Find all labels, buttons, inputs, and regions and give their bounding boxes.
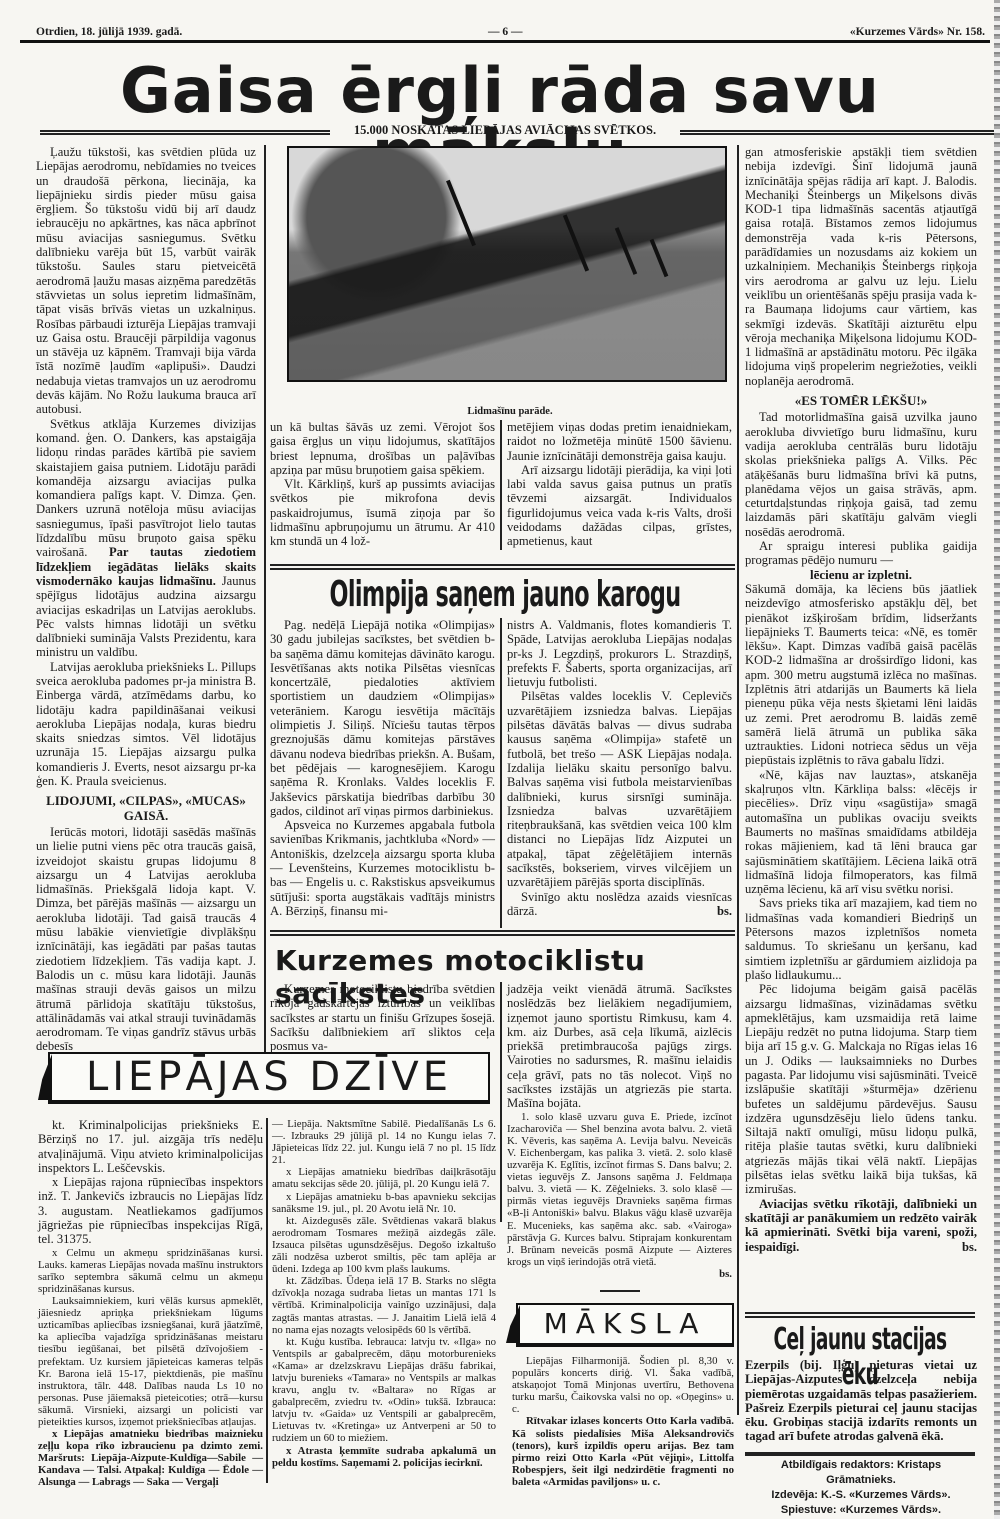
propeller-shape (615, 227, 637, 275)
section-title: LIDOJUMI, «CILPAS», «MUCAS» GAISĀ. (36, 794, 256, 823)
subhead-rule-left (40, 130, 330, 135)
propeller-shape (446, 180, 476, 246)
column-divider (500, 982, 502, 1222)
article-paragraph: Pag. nedēļā Liepājā notika «Olimpijas» 3… (270, 618, 495, 818)
banner-flag-icon (506, 1305, 520, 1343)
lead-paragraph: Ļaužu tūkstoši, kas svētdien plūda uz Li… (36, 145, 256, 417)
paper-issue: «Kurzemes Vārds» Nr. 158. (850, 26, 985, 38)
station-column: Ezerpils (bij. Iļģu) pieturas vietai uz … (745, 1358, 977, 1444)
signature: bs. (703, 904, 732, 918)
banner-title: MĀKSLA (544, 1307, 707, 1340)
propeller-shape (650, 239, 669, 278)
column-divider (500, 420, 502, 550)
signature: bs. (948, 1240, 977, 1254)
column-divider (500, 618, 502, 928)
moto-column-a: Kurzemes motociklistu biedrība svētdien … (270, 982, 495, 1053)
results-paragraph: 1. solo klasē uzvaru guva E. Priede, izc… (507, 1111, 732, 1268)
editor-credit: Atbildīgais redaktors: Kristaps Grāmatni… (745, 1458, 977, 1488)
article-paragraph: Kurzemes motociklistu biedrība svētdien … (270, 982, 495, 1053)
scan-edge (994, 0, 1000, 1519)
section-subtitle: lēcienu ar izpletni. (745, 568, 977, 582)
olimpija-column-a: Pag. nedēļā Liepājā notika «Olimpijas» 3… (270, 618, 495, 918)
olimpija-headline: Olimpija saņem jauno karogu (316, 574, 694, 615)
article-paragraph: Svinīgo aktu noslēdza azaids viesnīcas d… (507, 890, 732, 919)
article-paragraph: jadzēja veikt vienādā ātrumā. Sacīkstes … (507, 982, 732, 1111)
news-item: kt. Kriminalpolicijas priekšnieks E. Bēr… (38, 1118, 263, 1175)
city-news-column-left: kt. Kriminalpolicijas priekšnieks E. Bēr… (38, 1118, 263, 1489)
imprint: Atbildīgais redaktors: Kristaps Grāmatni… (745, 1458, 977, 1518)
news-item: kt. Zādzības. Ūdeņa ielā 17 B. Starks no… (272, 1275, 496, 1335)
city-news-column-right: — Liepāja. Naktsmītne Sabilē. Piedalīšan… (272, 1118, 496, 1469)
article-text: Svinīgo aktu noslēdza azaids viesnīcas d… (507, 890, 732, 918)
closing-text: Aviacijas svētku rīkotāji, dalībnieki un… (745, 1197, 977, 1254)
lead-column-3: gan atmosferiskie apstākļi tiem svētdien… (745, 145, 977, 1254)
lead-paragraph: metējiem viņas dodas pretim ienaidniekam… (507, 420, 732, 463)
lead-paragraph: Aviacijas svētku rīkotāji, dalībnieki un… (745, 1197, 977, 1254)
maksla-column: Liepājas Filharmonijā. Šodien pl. 8,30 v… (512, 1355, 734, 1488)
news-item: x Atrasta ķemmīte sudraba apkalumā un pe… (272, 1445, 496, 1469)
lead-paragraph: «Nē, kājas nav lauztas», atskanēja skaļr… (745, 768, 977, 897)
propeller-shape (563, 214, 589, 271)
maksla-banner: MĀKSLA (516, 1303, 734, 1347)
signature: bs. (507, 1268, 732, 1280)
moto-column-b: jadzēja veikt vienādā ātrumā. Sacīkstes … (507, 982, 732, 1280)
lead-column-1: Ļaužu tūkstoši, kas svētdien plūda uz Li… (36, 145, 256, 1054)
footer-separator (745, 1452, 975, 1456)
news-item: — Liepāja. Naktsmītne Sabilē. Piedalīšan… (272, 1118, 496, 1166)
lead-paragraph: Vlt. Kārkliņš, kurš ap pussimts aviacija… (270, 477, 495, 548)
lead-paragraph: un kā bultas šāvās uz zemi. Vērojot šos … (270, 420, 495, 477)
article-paragraph: nistrs A. Valdmanis, flotes komandieris … (507, 618, 732, 689)
banner-flag-icon (38, 1054, 52, 1100)
article-separator (270, 930, 735, 936)
lead-column-2a: un kā bultas šāvās uz zemi. Vērojot šos … (270, 420, 495, 549)
olimpija-column-b: nistrs A. Valdmanis, flotes komandieris … (507, 618, 732, 918)
lead-paragraph: Latvijas aerokluba priekšnieks L. Pillup… (36, 660, 256, 789)
news-item: Lauksaimniekiem, kuri vēlās kursus apmek… (38, 1295, 263, 1428)
lead-subheadline: 15.000 NOSKATAS LIEPĀJAS AVIĀCIJAS SVĒTK… (40, 123, 995, 139)
article-paragraph: Apsveica no Kurzemes apgabala futbola sa… (270, 818, 495, 918)
article-paragraph: Pilsētas valdes loceklis V. Ceplevičs uz… (507, 689, 732, 889)
section-title: «ES TOMĒR LĒKŠU!» (745, 394, 977, 408)
column-divider (737, 145, 739, 1415)
airplane-photo (287, 146, 727, 382)
photo-caption: Lidmašīnu parāde. (430, 406, 590, 417)
column-divider (264, 145, 266, 1060)
publisher-credit: Izdevēja: K.-S. «Kurzemes Vārds». (745, 1488, 977, 1503)
news-item: x Liepājas amatnieku biedrības maiznieku… (38, 1428, 263, 1488)
news-item: x Liepājas amatnieku biedrības daiļkrāso… (272, 1166, 496, 1190)
lead-paragraph: Savs prieks tika arī mazajiem, kad tiem … (745, 896, 977, 982)
column-divider (266, 1118, 268, 1483)
lead-paragraph: Pēc lidojuma beigām gaisā pacēlās aizsar… (745, 982, 977, 1196)
article-separator (270, 564, 735, 570)
subheadline-text: 15.000 NOSKATAS LIEPĀJAS AVIĀCIJAS SVĒTK… (340, 123, 670, 138)
liepajas-dzive-banner: LIEPĀJAS DZĪVE (48, 1052, 490, 1104)
news-item: x Liepājas rajona rūpniecības inspektors… (38, 1175, 263, 1246)
banner-title: LIEPĀJAS DZĪVE (86, 1054, 452, 1100)
lead-column-2b: metējiem viņas dodas pretim ienaidniekam… (507, 420, 732, 549)
lead-paragraph: Arī aizsargu lidotāji pierādija, ka viņi… (507, 463, 732, 549)
article-paragraph: Ezerpils (bij. Iļģu) pieturas vietai uz … (745, 1358, 977, 1444)
lead-paragraph: Sākumā domāja, ka lēciens būs jāatliek n… (745, 582, 977, 768)
news-item: kt. Kuģu kustība. Iebrauca: latvju tv. «… (272, 1336, 496, 1445)
lead-paragraph: gan atmosferiskie apstākļi tiem svētdien… (745, 145, 977, 388)
arts-item: Liepājas Filharmonijā. Šodien pl. 8,30 v… (512, 1355, 734, 1415)
issue-date: Otrdien, 18. jūlijā 1939. gadā. (36, 26, 182, 38)
lead-paragraph-text: Svētkus atklāja Kurzemes divizijas koman… (36, 417, 256, 560)
subhead-rule-right (680, 130, 995, 135)
lead-paragraph: Svētkus atklāja Kurzemes divizijas koman… (36, 417, 256, 660)
news-item: x Liepājas amatnieku b-bas apavnieku sek… (272, 1191, 496, 1215)
article-separator (745, 1312, 975, 1318)
arts-item: Rītvakar izlases koncerts Otto Karla vad… (512, 1415, 734, 1488)
lead-paragraph: Ar spraigu interesi publika gaidija prog… (745, 539, 977, 568)
news-item: x Celmu un akmeņu spridzināšanas kursi. … (38, 1247, 263, 1295)
news-item: kt. Aizdegusēs zāle. Svētdienas vakarā b… (272, 1215, 496, 1275)
page-number: — 6 — (488, 26, 523, 38)
lead-paragraph: Tad motorlidmašīna gaisā uzvilka jauno a… (745, 410, 977, 539)
masthead: Otrdien, 18. jūlijā 1939. gadā. — 6 — «K… (18, 22, 993, 40)
short-divider (600, 1290, 640, 1292)
lead-paragraph: Ierūcās motori, lidotāji sasēdās mašīnās… (36, 825, 256, 1054)
printer-credit: Spiestuve: «Kurzemes Vārds». (745, 1503, 977, 1518)
masthead-rule (20, 40, 990, 43)
